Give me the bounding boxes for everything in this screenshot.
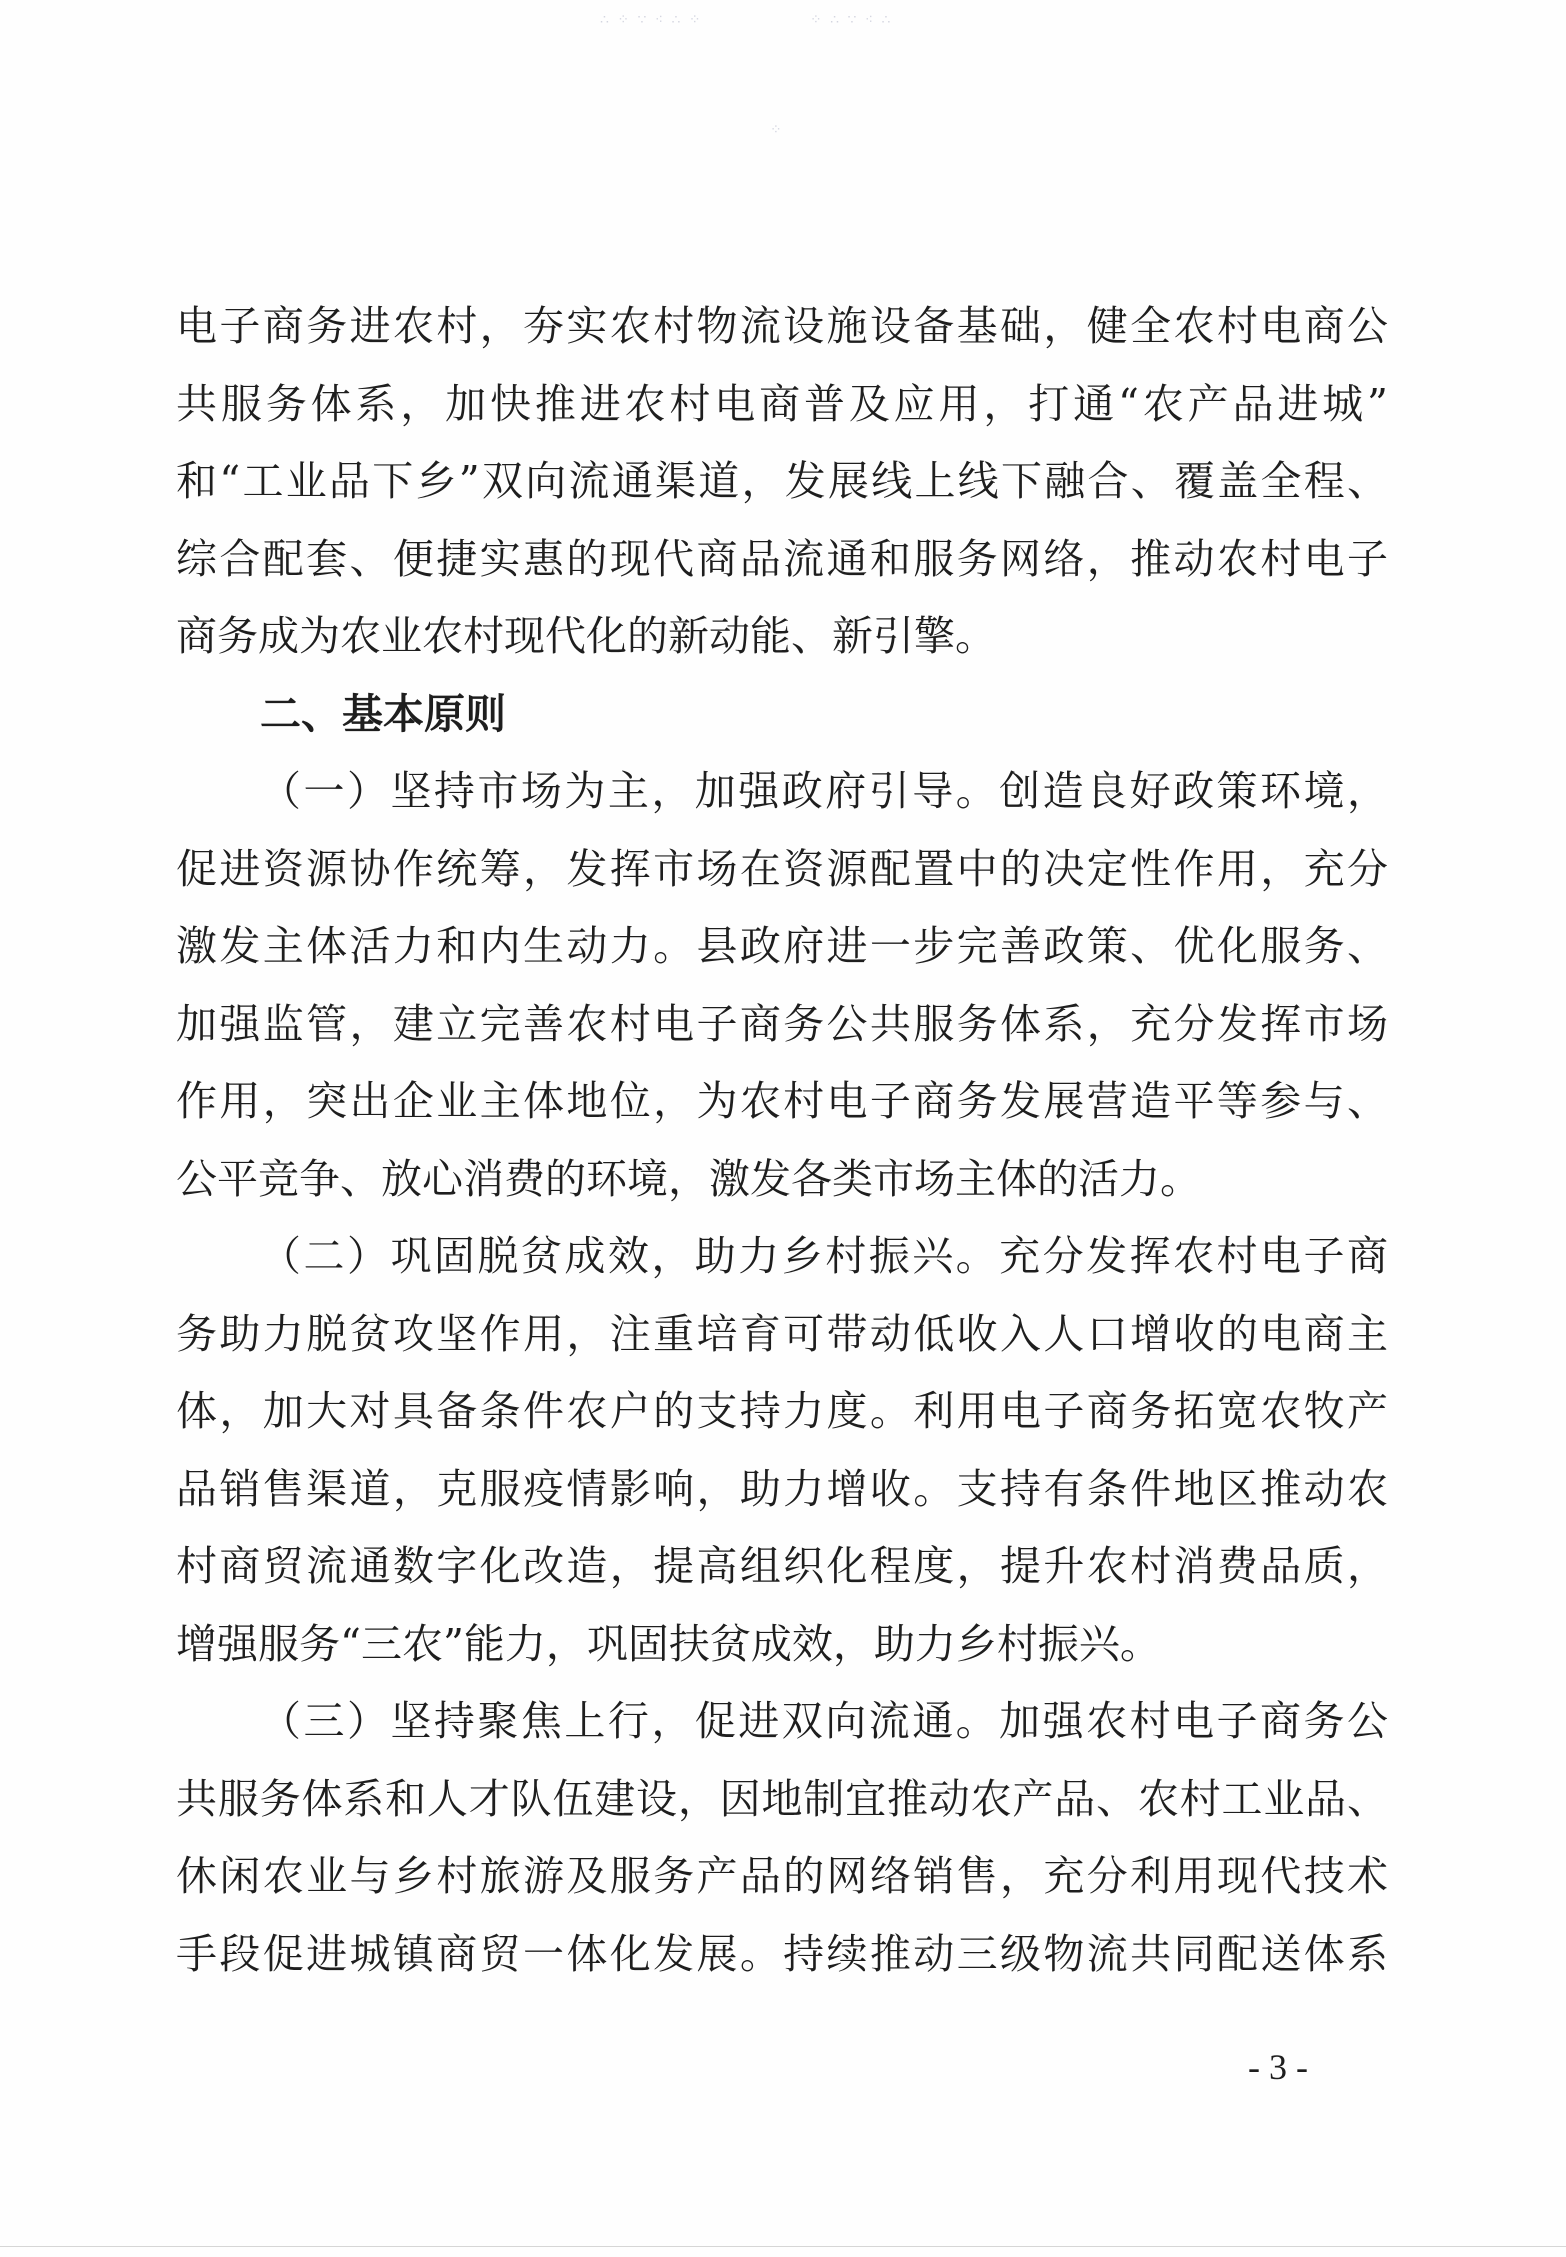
text-line: 务助力脱贫攻坚作用，注重培育可带动低收入人口增收的电商主 bbox=[176, 1304, 1388, 1382]
text-line: 加强监管，建立完善农村电子商务公共服务体系，充分发挥市场 bbox=[176, 994, 1388, 1072]
text-line: 增强服务“三农”能力，巩固扶贫成效，助力乡村振兴。 bbox=[176, 1614, 1388, 1692]
text-line: （一）坚持市场为主，加强政府引导。创造良好政策环境， bbox=[176, 761, 1388, 839]
text-line: 综合配套、便捷实惠的现代商品流通和服务网络，推动农村电子 bbox=[176, 529, 1388, 607]
scan-artifact: ⁘ bbox=[770, 122, 784, 138]
text-line: 电子商务进农村，夯实农村物流设施设备基础，健全农村电商公 bbox=[176, 296, 1388, 374]
text-line: （二）巩固脱贫成效，助力乡村振兴。充分发挥农村电子商 bbox=[176, 1226, 1388, 1304]
page-edge bbox=[0, 2246, 1566, 2247]
text-line: 激发主体活力和内生动力。县政府进一步完善政策、优化服务、 bbox=[176, 916, 1388, 994]
scan-artifact: ⁘ ∴ ∵ ⁖ ∴ bbox=[810, 12, 892, 28]
text-line: 公平竞争、放心消费的环境，激发各类市场主体的活力。 bbox=[176, 1149, 1388, 1227]
principle-3: （三）坚持聚焦上行，促进双向流通。加强农村电子商务公 共服务体系和人才队伍建设，… bbox=[176, 1691, 1388, 2001]
document-body: 电子商务进农村，夯实农村物流设施设备基础，健全农村电商公 共服务体系，加快推进农… bbox=[176, 296, 1388, 2001]
text-line: 品销售渠道，克服疫情影响，助力增收。支持有条件地区推动农 bbox=[176, 1459, 1388, 1537]
principle-1: （一）坚持市场为主，加强政府引导。创造良好政策环境， 促进资源协作统筹，发挥市场… bbox=[176, 761, 1388, 1226]
text-line: 村商贸流通数字化改造，提高组织化程度，提升农村消费品质， bbox=[176, 1536, 1388, 1614]
text-line: 和“工业品下乡”双向流通渠道，发展线上线下融合、覆盖全程、 bbox=[176, 451, 1388, 529]
text-line: （三）坚持聚焦上行，促进双向流通。加强农村电子商务公 bbox=[176, 1691, 1388, 1769]
text-line: 作用，突出企业主体地位，为农村电子商务发展营造平等参与、 bbox=[176, 1071, 1388, 1149]
text-line: 共服务体系，加快推进农村电商普及应用，打通“农产品进城” bbox=[176, 374, 1388, 452]
text-line: 休闲农业与乡村旅游及服务产品的网络销售，充分利用现代技术 bbox=[176, 1846, 1388, 1924]
intro-paragraph: 电子商务进农村，夯实农村物流设施设备基础，健全农村电商公 共服务体系，加快推进农… bbox=[176, 296, 1388, 684]
text-line: 手段促进城镇商贸一体化发展。持续推动三级物流共同配送体系 bbox=[176, 1924, 1388, 2002]
principle-2: （二）巩固脱贫成效，助力乡村振兴。充分发挥农村电子商 务助力脱贫攻坚作用，注重培… bbox=[176, 1226, 1388, 1691]
scan-artifact: ∴ ⁘ ∵ ⁖ ∴ ⁘ bbox=[600, 12, 703, 28]
text-line: 商务成为农业农村现代化的新动能、新引擎。 bbox=[176, 606, 1388, 684]
text-line: 促进资源协作统筹，发挥市场在资源配置中的决定性作用，充分 bbox=[176, 839, 1388, 917]
text-line: 共服务体系和人才队伍建设，因地制宜推动农产品、农村工业品、 bbox=[176, 1769, 1388, 1847]
page-number: - 3 - bbox=[1248, 2046, 1308, 2088]
text-line: 体，加大对具备条件农户的支持力度。利用电子商务拓宽农牧产 bbox=[176, 1381, 1388, 1459]
section-heading: 二、基本原则 bbox=[176, 684, 1388, 762]
